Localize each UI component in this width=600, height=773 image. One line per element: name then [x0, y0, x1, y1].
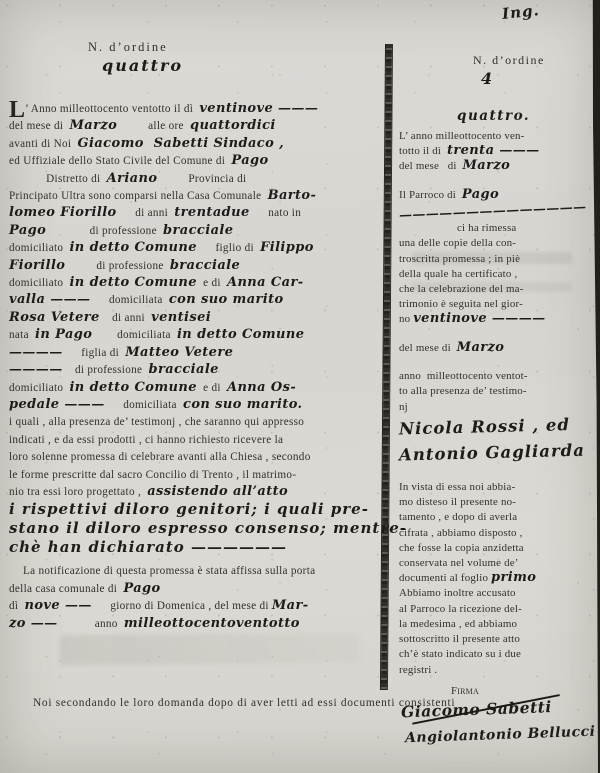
text-line: i quali , alla presenza de’ testimonj , …: [9, 413, 385, 430]
printed-text: domiciliato: [9, 242, 69, 254]
printed-text: nata: [9, 329, 35, 341]
printed-text: le forme prescritte dal sacro Concilio d…: [9, 469, 296, 481]
printed-text: domiciliato: [9, 277, 69, 289]
right-column: N. d’ordine 4 quattro. L’ anno milleotto…: [399, 33, 593, 743]
printed-text: della quale ha certificato ,: [399, 268, 517, 280]
printed-text: totto il dì: [399, 145, 447, 157]
handwritten-text: chè han dichiarato ——————: [9, 538, 287, 556]
text-line: chè han dichiarato ——————: [9, 538, 385, 557]
handwritten-text: in detto Comune: [69, 240, 196, 255]
handwritten-annotation: Ing.: [501, 1, 540, 23]
printed-text: loro solenne promessa di celebrare avant…: [9, 451, 311, 463]
printed-text: di professione: [65, 260, 169, 272]
text-line: [399, 466, 593, 479]
printed-text: cifrata , abbiamo disposto ,: [399, 527, 523, 539]
printed-text: figlia di: [63, 347, 126, 359]
order-label: N. d’ordine: [473, 53, 545, 67]
printed-text: troscritta promessa ; in piè: [399, 253, 520, 265]
handwritten-text: lomeo Fiorillo: [9, 205, 117, 220]
text-line: ———— di professione bracciale: [9, 361, 385, 378]
text-line: nio tra essi loro progettato , assistend…: [9, 483, 385, 500]
printed-text: e di: [197, 277, 227, 289]
text-line: domiciliato in detto Comune figlio di Fi…: [9, 239, 385, 256]
printed-text: ’ Anno milleottocento ventotto il dì: [25, 103, 199, 115]
handwritten-text: Marzo: [457, 340, 505, 355]
text-line: che la celebrazione del ma-: [399, 281, 593, 296]
handwritten-text: Nicola Rossi , ed: [399, 415, 570, 438]
handwritten-text: bracciale: [163, 223, 233, 238]
printed-text: di anni: [117, 207, 175, 219]
printed-text: Principato Ultra sono comparsi nella Cas…: [9, 190, 268, 202]
text-line: valla ——— domiciliata con suo marito: [9, 291, 385, 308]
printed-text: Provincia di: [157, 173, 246, 185]
handwritten-text: Anna Car-: [227, 275, 304, 290]
printed-text: La notificazione di questa promessa è st…: [23, 565, 315, 577]
handwritten-text: nove ——: [25, 598, 92, 613]
text-line: to alla presenza de’ testimo-: [399, 383, 593, 398]
handwritten-text: Mar-: [272, 598, 309, 613]
order-number-handwritten: 4: [473, 69, 493, 88]
text-line: cifrata , abbiamo disposto ,: [399, 525, 593, 540]
printed-text: mo disteso il presente no-: [399, 496, 516, 508]
text-line: della quale ha certificato ,: [399, 266, 593, 281]
text-line: ch’è stato indicato su i due: [399, 646, 593, 661]
printed-text: una delle copie della con-: [399, 237, 516, 249]
handwritten-text: primo: [491, 570, 536, 585]
printed-text: alle ore: [117, 120, 190, 132]
printed-text: Distretto di: [9, 173, 107, 185]
text-line: della casa comunale di Pago: [9, 580, 385, 597]
bottom-printed-line: Noi secondando le loro domanda dopo di a…: [33, 697, 595, 709]
printed-text: domiciliata: [90, 294, 168, 306]
text-line: domiciliato in detto Comune e di Anna Os…: [9, 379, 385, 396]
handwritten-text: Ariano: [107, 171, 158, 186]
handwritten-text: Barto-: [268, 188, 317, 203]
text-line: loro solenne promessa di celebrare avant…: [9, 448, 385, 465]
printed-text: della casa comunale di: [9, 583, 123, 595]
printed-text: conservata nel volume de’: [399, 557, 519, 569]
printed-text: nato in: [250, 207, 301, 219]
text-line: al Parroco la ricezione del-: [399, 601, 593, 616]
text-line: zo —— anno milleottocentoventotto: [9, 615, 385, 632]
printed-text: del mese di: [399, 160, 463, 172]
handwritten-text: bracciale: [170, 258, 240, 273]
text-line: Fiorillo di professione bracciale: [9, 257, 385, 274]
handwritten-text: con suo marito.: [183, 397, 302, 412]
printed-text: dì: [9, 600, 25, 612]
printed-text: di professione: [46, 225, 163, 237]
left-body-text: L’ Anno milleottocento ventotto il dì ve…: [9, 100, 385, 632]
handwritten-text: in detto Comune: [69, 380, 196, 395]
text-line: In vista di essa noi abbia-: [399, 479, 593, 494]
text-line: avanti di Noi Giacomo Sabetti Sindaco ,: [9, 135, 385, 152]
text-line: Rosa Vetere di anni ventisei: [9, 309, 385, 326]
handwritten-text: Giacomo Sabetti Sindaco ,: [78, 136, 285, 151]
handwritten-text: milleottocentoventotto: [124, 616, 300, 631]
handwritten-text: ventisei: [151, 310, 211, 325]
handwritten-text: Pago: [9, 223, 46, 238]
handwritten-text: Filippo: [260, 240, 314, 255]
handwritten-text: Rosa Vetere: [9, 310, 100, 325]
printed-text: nio tra essi loro progettato ,: [9, 486, 147, 498]
printed-text: al Parroco la ricezione del-: [399, 603, 522, 615]
handwritten-text: Pago: [462, 187, 499, 202]
handwritten-text: valla ———: [9, 292, 90, 307]
text-line: conservata nel volume de’: [399, 555, 593, 570]
printed-text: In vista di essa noi abbia-: [399, 481, 515, 493]
text-line: la medesima , ed abbiamo: [399, 616, 593, 631]
text-line: Il Parroco di Pago: [399, 187, 593, 202]
text-line: tamento , e dopo di averla: [399, 509, 593, 524]
printed-text: indicati , e da essi prodotti , ci hanno…: [9, 434, 283, 446]
text-line: documenti al foglio primo: [399, 570, 593, 585]
handwritten-text: stano il diloro espresso consenso; mentr…: [9, 519, 407, 537]
ink-bleed-ghost: [60, 633, 360, 666]
text-line: ci ha rimessa: [399, 220, 593, 235]
printed-text: i quali , alla presenza de’ testimonj , …: [9, 416, 304, 428]
handwritten-text: Antonio Gagliarda: [399, 441, 585, 465]
text-line: totto il dì trenta ———: [399, 143, 593, 158]
handwritten-text: Fiorillo: [9, 258, 65, 273]
handwritten-text: Anna Os-: [227, 380, 296, 395]
left-column: N. d’ordine quattro L’ Anno milleottocen…: [9, 20, 385, 632]
printed-text: registri .: [399, 664, 437, 676]
handwritten-text: assistendo all’atto: [147, 484, 288, 499]
printed-text: figlio di: [197, 242, 260, 254]
printed-text: giorno di Domenica , del mese di: [92, 600, 272, 612]
text-line: sottoscritto il presente atto: [399, 631, 593, 646]
handwritten-text: quattordici: [190, 118, 276, 133]
handwritten-text: Pago: [123, 581, 160, 596]
text-line: L’ anno milleottocento ven-: [399, 128, 593, 143]
order-value-handwritten: quattro: [88, 56, 183, 75]
order-label: N. d’ordine: [88, 40, 168, 54]
text-line: troscritta promessa ; in piè: [399, 251, 593, 266]
text-line: dì nove —— giorno di Domenica , del mese…: [9, 597, 385, 614]
text-line: stano il diloro espresso consenso; mentr…: [9, 519, 385, 538]
text-line: [399, 174, 593, 187]
text-line: [399, 355, 593, 368]
printed-text: ci ha rimessa: [457, 222, 516, 234]
text-line: del mese di Marzo: [399, 158, 593, 173]
text-line: ——————————————: [399, 200, 593, 223]
handwritten-text: in detto Comune: [177, 327, 304, 342]
text-line: una delle copie della con-: [399, 235, 593, 250]
printed-text: che la celebrazione del ma-: [399, 283, 524, 295]
text-line: Antonio Gagliarda: [399, 437, 594, 468]
printed-text: del mese di: [9, 120, 69, 132]
text-line: indicati , e da essi prodotti , ci hanno…: [9, 431, 385, 448]
printed-text: di anni: [100, 312, 151, 324]
text-line: La notificazione di questa promessa è st…: [9, 562, 385, 579]
printed-text: ch’è stato indicato su i due: [399, 648, 521, 660]
right-body-text: L’ anno milleottocento ven-totto il dì t…: [399, 128, 593, 677]
text-line: ———— figlia di Matteo Vetere: [9, 344, 385, 361]
printed-text: anno: [58, 618, 124, 630]
order-value-handwritten: quattro.: [457, 108, 593, 124]
printed-text: tamento , e dopo di averla: [399, 511, 517, 523]
printed-text: domiciliato: [9, 382, 69, 394]
text-line: lomeo Fiorillo di anni trentadue nato in: [9, 204, 385, 221]
signature-witness: Angiolantonio Bellucci ): [405, 723, 593, 746]
printed-text: no: [399, 313, 413, 325]
text-line: le forme prescritte dal sacro Concilio d…: [9, 466, 385, 483]
printed-text: ed Uffiziale dello Stato Civile del Comu…: [9, 155, 231, 167]
handwritten-text: in detto Comune: [69, 275, 196, 290]
printed-text: nj: [399, 401, 408, 413]
printed-text: che fosse la copia anzidetta: [399, 542, 524, 554]
printed-text: L’ anno milleottocento ven-: [399, 130, 524, 142]
text-line: Principato Ultra sono comparsi nella Cas…: [9, 187, 385, 204]
printed-text: trimonio è seguita nel gior-: [399, 298, 523, 310]
printed-text: la medesima , ed abbiamo: [399, 618, 517, 630]
text-line: L’ Anno milleottocento ventotto il dì ve…: [9, 100, 385, 117]
handwritten-text: pedale ———: [9, 397, 105, 412]
handwritten-text: trenta ———: [447, 143, 540, 158]
printed-text: del mese di: [399, 342, 457, 354]
handwritten-text: con suo marito: [169, 292, 284, 307]
signature-section-label: Firma: [451, 685, 593, 697]
document-page: Ing. N. d’ordine quattro L’ Anno milleot…: [0, 0, 600, 773]
printed-text: e di: [197, 382, 227, 394]
handwritten-text: ————: [9, 345, 63, 360]
text-line: anno milleottocento ventot-: [399, 368, 593, 383]
handwritten-text: ventinove ———: [199, 101, 318, 116]
handwritten-text: bracciale: [148, 362, 218, 377]
printed-text: to alla presenza de’ testimo-: [399, 385, 527, 397]
printed-text: anno milleottocento ventot-: [399, 370, 528, 382]
printed-text: di professione: [63, 364, 149, 376]
text-line: mo disteso il presente no-: [399, 494, 593, 509]
printed-text: domiciliata: [105, 399, 183, 411]
printed-text: sottoscritto il presente atto: [399, 633, 520, 645]
text-line: no ventinove ————: [399, 311, 593, 326]
handwritten-text: in Pago: [35, 327, 92, 342]
printed-text: domiciliata: [92, 329, 177, 341]
text-line: [399, 327, 593, 340]
text-line: che fosse la copia anzidetta: [399, 540, 593, 555]
handwritten-text: Pago: [231, 153, 268, 168]
order-header: N. d’ordine quattro: [64, 20, 385, 94]
text-line: registri .: [399, 662, 593, 677]
handwritten-text: ventinove ————: [413, 311, 545, 326]
text-line: Distretto di Ariano Provincia di: [9, 170, 385, 187]
text-line: nata in Pago domiciliata in detto Comune: [9, 326, 385, 343]
text-line: pedale ——— domiciliata con suo marito.: [9, 396, 385, 413]
printed-text: Il Parroco di: [399, 189, 462, 201]
handwritten-text: trentadue: [174, 205, 249, 220]
text-line: Abbiamo inoltre accusato: [399, 585, 593, 600]
handwritten-text: Marzo: [463, 158, 511, 173]
text-line: ed Uffiziale dello Stato Civile del Comu…: [9, 152, 385, 169]
handwritten-text: Matteo Vetere: [125, 345, 233, 360]
handwritten-text: ————: [9, 362, 63, 377]
handwritten-text: Marzo: [69, 118, 117, 133]
text-line: i rispettivi diloro genitori; i quali pr…: [9, 500, 385, 519]
order-header-right: N. d’ordine 4: [449, 33, 593, 107]
text-line: del mese di Marzo alle ore quattordici: [9, 117, 385, 134]
text-line: trimonio è seguita nel gior-: [399, 296, 593, 311]
printed-text: documenti al foglio: [399, 572, 491, 584]
printed-text: avanti di Noi: [9, 138, 78, 150]
text-line: domiciliato in detto Comune e di Anna Ca…: [9, 274, 385, 291]
printed-text: Abbiamo inoltre accusato: [399, 587, 516, 599]
handwritten-text: zo ——: [9, 616, 58, 631]
text-line: Pago di professione bracciale: [9, 222, 385, 239]
text-line: del mese di Marzo: [399, 340, 593, 355]
handwritten-text: i rispettivi diloro genitori; i quali pr…: [9, 500, 369, 518]
